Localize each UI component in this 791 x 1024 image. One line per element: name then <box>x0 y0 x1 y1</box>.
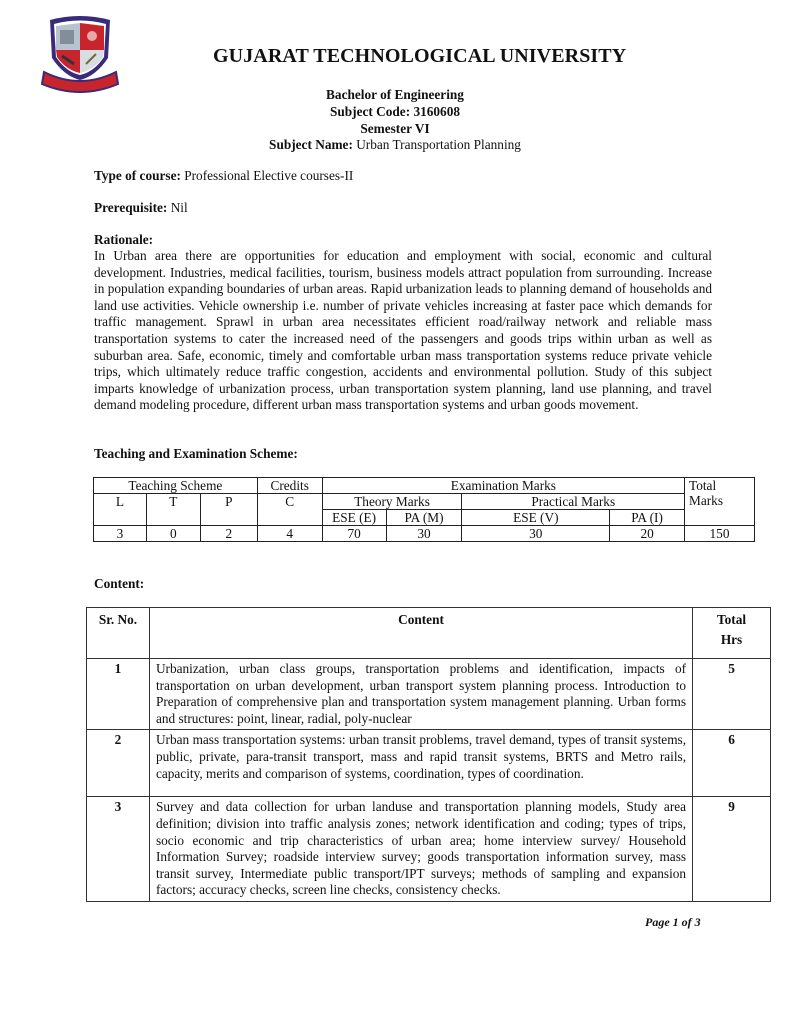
row-hours: 6 <box>693 730 771 797</box>
teaching-scheme-header: Teaching Scheme <box>94 478 258 494</box>
page-number: Page 1 of 3 <box>645 915 701 930</box>
subject-code: Subject Code: 3160608 <box>140 103 650 120</box>
credits-header: Credits <box>257 478 322 494</box>
table-row: 2 Urban mass transportation systems: urb… <box>87 730 771 797</box>
content-heading: Content: <box>94 576 144 592</box>
ese-e-value: 70 <box>322 526 386 542</box>
teaching-examination-scheme-table: Teaching Scheme Credits Examination Mark… <box>93 477 755 542</box>
theory-marks-header: Theory Marks <box>322 494 462 510</box>
p-header: P <box>200 494 257 526</box>
content-table-header: Sr. No. Content Total Hrs <box>87 608 771 659</box>
semester: Semester VI <box>140 120 650 137</box>
prerequisite: Prerequisite: Nil <box>94 200 188 216</box>
course-type-value: Professional Elective courses-II <box>184 168 353 183</box>
total-marks-header: Total Marks <box>685 478 755 526</box>
subject-name-value: Urban Transportation Planning <box>356 137 521 152</box>
marks-label: Marks <box>689 493 723 508</box>
row-content: Urbanization, urban class groups, transp… <box>149 659 692 730</box>
t-value: 0 <box>146 526 200 542</box>
sr-no-header: Sr. No. <box>87 608 150 659</box>
p-value: 2 <box>200 526 257 542</box>
ese-v-header: ESE (V) <box>462 510 610 526</box>
pa-i-value: 20 <box>610 526 685 542</box>
scheme-heading: Teaching and Examination Scheme: <box>94 446 298 462</box>
row-content: Urban mass transportation systems: urban… <box>149 730 692 797</box>
prerequisite-label: Prerequisite: <box>94 200 167 215</box>
pa-m-header: PA (M) <box>386 510 462 526</box>
university-title: GUJARAT TECHNOLOGICAL UNIVERSITY <box>0 45 791 68</box>
subject-name: Subject Name: Urban Transportation Plann… <box>140 136 650 153</box>
rationale-text: In Urban area there are opportunities fo… <box>94 248 712 414</box>
row-sr-no: 1 <box>87 659 150 730</box>
subject-name-label: Subject Name: <box>269 137 353 152</box>
table-row: 1 Urbanization, urban class groups, tran… <box>87 659 771 730</box>
ese-e-header: ESE (E) <box>322 510 386 526</box>
practical-marks-header: Practical Marks <box>462 494 685 510</box>
total-label: Total <box>689 478 716 493</box>
course-type-label: Type of course: <box>94 168 181 183</box>
pa-m-value: 30 <box>386 526 462 542</box>
prerequisite-value: Nil <box>171 200 188 215</box>
row-hours: 9 <box>693 797 771 902</box>
examination-marks-header: Examination Marks <box>322 478 684 494</box>
c-header: C <box>257 494 322 526</box>
row-sr-no: 2 <box>87 730 150 797</box>
table-row: 3 Survey and data collection for urban l… <box>87 797 771 902</box>
course-type: Type of course: Professional Elective co… <box>94 168 353 184</box>
total-hrs-header: Total Hrs <box>693 608 771 659</box>
l-header: L <box>94 494 147 526</box>
row-content: Survey and data collection for urban lan… <box>149 797 692 902</box>
hrs-label: Hrs <box>721 632 742 647</box>
content-table: Sr. No. Content Total Hrs 1 Urbanization… <box>86 607 771 902</box>
t-header: T <box>146 494 200 526</box>
rationale-heading: Rationale: <box>94 232 153 248</box>
ese-v-value: 30 <box>462 526 610 542</box>
c-value: 4 <box>257 526 322 542</box>
l-value: 3 <box>94 526 147 542</box>
row-hours: 5 <box>693 659 771 730</box>
total-label: Total <box>717 612 746 627</box>
row-sr-no: 3 <box>87 797 150 902</box>
total-value: 150 <box>685 526 755 542</box>
content-header: Content <box>149 608 692 659</box>
degree-name: Bachelor of Engineering <box>140 86 650 103</box>
pa-i-header: PA (I) <box>610 510 685 526</box>
